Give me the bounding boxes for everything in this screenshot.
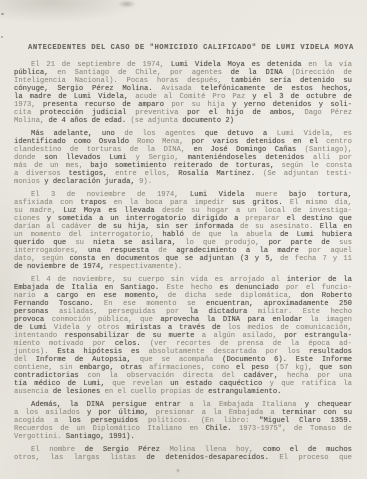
scan-artifact bbox=[1, 36, 3, 38]
text-segment: que detuvo a bbox=[205, 130, 277, 138]
text-segment: intentando bbox=[14, 332, 65, 340]
text-segment: Romo Mena, bbox=[137, 138, 192, 146]
scan-smudge bbox=[118, 0, 136, 8]
text-segment: centro bbox=[326, 138, 352, 146]
text-segment: Informe de Autopsia, bbox=[36, 356, 140, 364]
text-segment: también sería detenido su bbox=[231, 77, 352, 85]
text-segment: provoca bbox=[14, 316, 52, 324]
text-segment: la dictadura bbox=[189, 308, 257, 316]
text-line: donde son llevados Lumi y Sergio, manten… bbox=[14, 154, 352, 162]
text-segment: asfixiada con bbox=[14, 199, 80, 207]
text-segment: sin ser informada bbox=[156, 223, 240, 231]
text-segment: en Santiago de Chile, por agentes bbox=[57, 69, 230, 77]
text-segment: entre ellos, bbox=[115, 170, 178, 178]
text-line: a los asilados y por último, presionar a… bbox=[14, 409, 352, 417]
text-segment: lo que produjo, bbox=[185, 239, 268, 247]
text-segment: de 4 años de edad. bbox=[49, 117, 131, 125]
text-segment: aprovecha la DINA para enlodar bbox=[160, 316, 310, 324]
text-segment: El nombre bbox=[31, 446, 85, 454]
paragraph: El 3 de noviembre de 1974, Lumi Videla m… bbox=[14, 191, 352, 271]
paragraph: El 4 de noviembre, su cuerpo sin vida es… bbox=[14, 276, 352, 397]
text-segment: donde bbox=[14, 154, 44, 162]
text-segment: en la vía bbox=[308, 61, 352, 69]
text-segment: Lumi Videla Moya es detenida bbox=[171, 61, 308, 69]
text-segment: Fernando Toscano. bbox=[14, 300, 104, 308]
text-line: pública, en Santiago de Chile, por agent… bbox=[14, 69, 352, 77]
text-line: intentando responsabilizar de su muerte … bbox=[14, 332, 352, 340]
text-segment: de dicha sede diplomática, bbox=[168, 292, 301, 300]
text-segment: absolutamente bbox=[148, 348, 213, 356]
text-line: de noviembre de 1974, respectivamente). bbox=[14, 263, 352, 271]
text-segment: clandestino de torturas de la DINA, bbox=[14, 146, 194, 154]
text-segment: Embajada de Italia en Santiago. bbox=[14, 284, 166, 292]
text-segment: por varios detenidos en el bbox=[192, 138, 326, 146]
text-segment: Ella en bbox=[320, 223, 352, 231]
text-line: querido que su nieta se asilara, lo que … bbox=[14, 239, 352, 247]
text-line: El nombre de Sergio Pérez Molina llena h… bbox=[14, 446, 352, 454]
text-segment: El 21 de septiembre de 1974, bbox=[31, 61, 171, 69]
text-segment: por el funcio- bbox=[286, 284, 352, 292]
text-segment: de fecha 7 y 11 bbox=[280, 255, 352, 263]
text-segment: Luz Moya es llevada bbox=[63, 207, 162, 215]
text-segment: sus gritos. bbox=[232, 199, 290, 207]
text-segment: respectivamente). bbox=[109, 263, 182, 271]
text-segment: (Se adjuntan testi- bbox=[263, 170, 352, 178]
text-segment: la imagen bbox=[310, 316, 352, 324]
text-segment: que son bbox=[319, 364, 352, 372]
text-line: Inteligencia Nacional). Pocas horas desp… bbox=[14, 77, 352, 85]
text-segment: otros, las largas listas bbox=[14, 454, 146, 462]
text-segment: por estrangula- bbox=[284, 332, 352, 340]
text-segment: (se adjunta bbox=[130, 117, 182, 125]
text-line: Molina, de 4 años de edad. (se adjunta d… bbox=[14, 117, 352, 125]
text-segment: agradecimiento a la madre bbox=[176, 247, 308, 255]
document-title: ANTECEDENTES DEL CASO DE "HOMICIDIO CALI… bbox=[28, 44, 352, 53]
text-segment: dato, bbox=[14, 255, 42, 263]
text-segment: (Santiago), bbox=[305, 146, 352, 154]
text-segment: su bbox=[75, 239, 93, 247]
text-segment: allí por bbox=[313, 154, 352, 162]
text-segment: interrogadores, bbox=[14, 247, 88, 255]
text-segment: acude al Comité Pro Paz bbox=[135, 93, 252, 101]
text-segment: testigos, bbox=[69, 170, 116, 178]
text-segment: darían al cadáver bbox=[14, 223, 98, 231]
paragraph: Más adelante, uno de los agentes que det… bbox=[14, 130, 352, 186]
text-segment: El 3 de noviembre de 1974, bbox=[31, 191, 190, 199]
text-segment: el peso bbox=[236, 364, 276, 372]
text-segment: y declaración jurada, bbox=[44, 178, 139, 186]
text-segment: de Lumi bbox=[14, 324, 54, 332]
text-segment: y chequear bbox=[305, 401, 352, 409]
text-line: más de un mes, bajo sometimiento reitera… bbox=[14, 162, 352, 170]
text-segment: a algún asilado, bbox=[202, 332, 284, 340]
text-segment: Más adelante, uno bbox=[31, 130, 124, 138]
text-segment: estrangulamiento. bbox=[208, 388, 281, 396]
text-segment: Este Informe bbox=[296, 356, 352, 364]
text-line: juntos). Esta hipótesis es absolutamente… bbox=[14, 348, 352, 356]
text-segment: sus bbox=[339, 239, 352, 247]
text-segment: bajo tortura, bbox=[289, 191, 352, 199]
text-line: a diversos testigos, entre ellos, Rosalí… bbox=[14, 170, 352, 178]
text-segment: un momento del interrogatorio, bbox=[14, 231, 162, 239]
text-segment: de detenidos-desaparecidos. bbox=[146, 454, 279, 462]
text-segment: nieta se asilara, bbox=[93, 239, 185, 247]
text-segment: son llevados Lumi bbox=[44, 154, 135, 162]
text-segment: 9). bbox=[139, 178, 152, 186]
text-segment: encuentran, bbox=[206, 300, 264, 308]
paragraph: El 21 de septiembre de 1974, Lumi Videla… bbox=[14, 61, 352, 125]
text-segment: pública, bbox=[14, 69, 57, 77]
text-segment: su madre, bbox=[14, 207, 63, 215]
text-segment: de su hija, bbox=[98, 223, 156, 231]
text-line: personas asiladas, perseguidas por la di… bbox=[14, 308, 352, 316]
text-segment: telefónicamente de estos hechos, bbox=[200, 85, 352, 93]
text-segment: y que ratifica la bbox=[270, 380, 352, 388]
text-line: Además, la DINA persigue entrar a la Emb… bbox=[14, 401, 352, 409]
text-segment: resultados bbox=[309, 348, 352, 356]
text-segment: (57 kg), bbox=[276, 364, 320, 372]
text-segment: celos. bbox=[115, 340, 150, 348]
text-segment: consta en documentos bbox=[69, 255, 165, 263]
text-segment: aproximadamente 250 bbox=[264, 300, 352, 308]
text-segment: más de un mes, bbox=[14, 162, 90, 170]
text-segment: por aquel bbox=[308, 247, 352, 255]
text-segment: Lumi Videla bbox=[190, 191, 256, 199]
text-segment: personas bbox=[14, 308, 59, 316]
text-segment: de lesiones bbox=[53, 388, 105, 396]
text-segment: afirmaciones, como bbox=[149, 364, 236, 372]
text-segment: los perseguidos bbox=[68, 417, 148, 425]
text-segment: Videla y otros bbox=[54, 324, 127, 332]
text-segment: interior de la bbox=[287, 276, 352, 284]
text-segment: Molina, bbox=[14, 117, 49, 125]
text-segment: El mismo día, bbox=[290, 199, 352, 207]
text-segment: documento 2) bbox=[182, 117, 234, 125]
text-segment: a cargo en ese momento, bbox=[44, 292, 168, 300]
text-segment: por parte de bbox=[269, 239, 339, 247]
text-segment: En ese momento se bbox=[104, 300, 206, 308]
text-segment: Este hecho bbox=[166, 284, 219, 292]
text-segment: ausencia bbox=[14, 388, 53, 396]
text-segment: Santiago, 1991). bbox=[66, 433, 135, 441]
scanned-document-page: ANTECEDENTES DEL CASO DE "HOMICIDIO CALI… bbox=[0, 0, 367, 479]
text-segment: de bbox=[158, 247, 176, 255]
text-segment: en el cuello propias de bbox=[105, 388, 209, 396]
text-line: miento motivado por celos. (ver recortes… bbox=[14, 340, 352, 348]
text-line: Embajada de Italia en Santiago. Este hec… bbox=[14, 284, 352, 292]
text-segment: Lumi Videla, es bbox=[277, 130, 352, 138]
paragraph: El nombre de Sergio Pérez Molina llena h… bbox=[14, 446, 352, 462]
text-segment: ciones bbox=[14, 215, 47, 223]
text-segment: la DINA persigue entrar bbox=[70, 401, 190, 409]
text-segment: 1973-1975", bbox=[239, 425, 294, 433]
text-line: interrogadores, una respuesta de agradec… bbox=[14, 247, 352, 255]
text-segment: bajo sometimiento reiterado de torturas, bbox=[90, 162, 281, 170]
text-segment: de noviembre de 1974, bbox=[14, 263, 109, 271]
text-segment: Molina llena hoy, bbox=[169, 446, 262, 454]
text-segment: una respuesta bbox=[88, 247, 158, 255]
text-line: Vergottini. Santiago, 1991). bbox=[14, 433, 352, 441]
text-segment: terminar con su bbox=[282, 409, 352, 417]
text-line: ausencia de lesiones en el cuello propia… bbox=[14, 388, 352, 396]
text-segment: perseguidas por bbox=[108, 308, 189, 316]
text-segment: y por último, bbox=[87, 409, 156, 417]
text-segment: manteniéndoseles detenidos bbox=[188, 154, 313, 162]
text-segment: que se adjuntan (3 y 5, bbox=[166, 255, 280, 263]
text-segment: de que la abuela bbox=[192, 231, 280, 239]
text-segment: querido que bbox=[14, 239, 75, 247]
text-segment: según bbox=[42, 255, 70, 263]
text-line: otros, las largas listas de detenidos-de… bbox=[14, 454, 352, 462]
text-segment: de Lumi hubiera bbox=[280, 231, 352, 239]
text-segment: Recuerdos de un Diplomático Italiano en bbox=[14, 425, 206, 433]
text-segment: de Tomaso de bbox=[294, 425, 352, 433]
text-segment: desde su hogar a un local de investiga- bbox=[162, 207, 352, 215]
text-segment: en José Domingo Cañas bbox=[194, 146, 305, 154]
text-line: ciones y sometida a un interrogatorio di… bbox=[14, 215, 352, 223]
text-line: del Informe de Autopsia, que se acompaña… bbox=[14, 356, 352, 364]
text-line: un momento del interrogatorio, habló de … bbox=[14, 231, 352, 239]
text-segment: Esta hipótesis es bbox=[57, 348, 148, 356]
text-segment: de Sergio Pérez bbox=[85, 446, 170, 454]
text-line: Recuerdos de un Diplomático Italiano en … bbox=[14, 425, 352, 433]
text-segment: habló bbox=[162, 231, 192, 239]
text-segment: a diversos bbox=[14, 170, 69, 178]
text-segment: (Dirección de bbox=[291, 69, 352, 77]
text-segment: trapos bbox=[80, 199, 113, 207]
text-segment: embargo, otras bbox=[79, 364, 149, 372]
text-segment: conmoción pública, que bbox=[52, 316, 161, 324]
text-segment: Además, bbox=[31, 401, 70, 409]
text-line: darían al cadáver de su hija, sin ser in… bbox=[14, 223, 352, 231]
text-line: asfixiada con trapos en la boca para imp… bbox=[14, 199, 352, 207]
text-segment: y sometida a un interrogatorio dirigido … bbox=[47, 215, 246, 223]
text-segment: motivado por bbox=[49, 340, 115, 348]
text-segment: del bbox=[14, 356, 36, 364]
text-segment: contiene, bbox=[14, 364, 60, 372]
text-segment: descartada por los bbox=[213, 348, 308, 356]
text-segment: presionar a la Embajada a bbox=[156, 409, 282, 417]
text-segment: según le consta bbox=[282, 162, 352, 170]
text-segment: y el 3 de octubre de bbox=[252, 93, 352, 101]
text-segment: (ver recortes de prensa de la época ad- bbox=[150, 340, 352, 348]
text-segment: los medios de comunicación, bbox=[228, 324, 352, 332]
text-segment: a la Embajada Italiana bbox=[189, 401, 304, 409]
text-segment: El proceso que bbox=[279, 454, 352, 462]
text-line: dato, según consta en documentos que se … bbox=[14, 255, 352, 263]
text-segment: Vergottini. bbox=[14, 433, 66, 441]
text-segment: en la boca para impedir bbox=[114, 199, 233, 207]
text-segment: acogida a bbox=[14, 417, 68, 425]
text-line: El 4 de noviembre, su cuerpo sin vida es… bbox=[14, 276, 352, 284]
text-segment: Rosalía Martínez. bbox=[178, 170, 263, 178]
text-segment: sin bbox=[60, 364, 80, 372]
text-segment: a los asilados bbox=[14, 409, 87, 417]
text-segment: de la DINA bbox=[231, 69, 292, 77]
text-line: monios y declaración jurada, 9). bbox=[14, 178, 352, 186]
text-segment: "Miguel Claro 1359. bbox=[259, 417, 352, 425]
text-segment: la madre de Lumi Videla, bbox=[14, 93, 135, 101]
text-line: clandestino de torturas de la DINA, en J… bbox=[14, 146, 352, 154]
text-segment: nario bbox=[14, 292, 44, 300]
text-segment: preparar bbox=[245, 215, 286, 223]
text-segment: políticos. (En libro: bbox=[148, 417, 259, 425]
text-segment: Chile. bbox=[206, 425, 239, 433]
text-segment: y Sergio, bbox=[135, 154, 187, 162]
text-segment: es denunciado bbox=[220, 284, 286, 292]
text-line: su madre, Luz Moya es llevada desde su h… bbox=[14, 207, 352, 215]
text-segment: cónyuge, Sergio Pérez Molina. bbox=[14, 85, 161, 93]
text-segment: de su asesinato. bbox=[240, 223, 320, 231]
text-line: El 21 de septiembre de 1974, Lumi Videla… bbox=[14, 61, 352, 69]
text-segment: el destino que bbox=[287, 215, 352, 223]
text-segment: identificado como Osvaldo bbox=[14, 138, 137, 146]
text-segment: (Documento 6). bbox=[222, 356, 296, 364]
text-segment: que se acompaña bbox=[140, 356, 222, 364]
scan-artifact bbox=[1, 13, 4, 15]
text-segment: miento bbox=[14, 340, 49, 348]
text-line: provoca conmoción pública, que aprovecha… bbox=[14, 316, 352, 324]
text-segment: Avisada bbox=[161, 85, 200, 93]
text-segment: muere bbox=[256, 191, 289, 199]
text-line: cónyuge, Sergio Pérez Molina. Avisada te… bbox=[14, 85, 352, 93]
text-line: nario a cargo en ese momento, de dicha s… bbox=[14, 292, 352, 300]
paragraph: Además, la DINA persigue entrar a la Emb… bbox=[14, 401, 352, 441]
text-line: El 3 de noviembre de 1974, Lumi Videla m… bbox=[14, 191, 352, 199]
text-segment: Dago Pérez bbox=[304, 109, 352, 117]
text-line: de Lumi Videla y otros miristas a través… bbox=[14, 324, 352, 332]
text-segment: monios bbox=[14, 178, 44, 186]
text-segment: asiladas, bbox=[59, 308, 108, 316]
text-line: Más adelante, uno de los agentes que det… bbox=[14, 130, 352, 138]
text-line: identificado como Osvaldo Romo Mena, por… bbox=[14, 138, 352, 146]
text-segment: miristas a través de bbox=[126, 324, 227, 332]
text-segment: como el de muchos bbox=[263, 446, 352, 454]
text-segment: juntos). bbox=[14, 348, 57, 356]
scan-crease bbox=[176, 468, 180, 473]
text-line: Fernando Toscano. En ese momento se encu… bbox=[14, 300, 352, 308]
text-segment: El 4 de noviembre, su cuerpo sin vida es… bbox=[31, 276, 287, 284]
text-segment: militar. Este hecho bbox=[258, 308, 352, 316]
text-segment: responsabilizar de su muerte bbox=[65, 332, 202, 340]
document-body: El 21 de septiembre de 1974, Lumi Videla… bbox=[14, 61, 352, 462]
text-segment: de los agentes bbox=[124, 130, 204, 138]
text-line: acogida a los perseguidos políticos. (En… bbox=[14, 417, 352, 425]
text-segment: Inteligencia Nacional). Pocas horas desp… bbox=[14, 77, 231, 85]
text-segment: don Roberto bbox=[300, 292, 352, 300]
